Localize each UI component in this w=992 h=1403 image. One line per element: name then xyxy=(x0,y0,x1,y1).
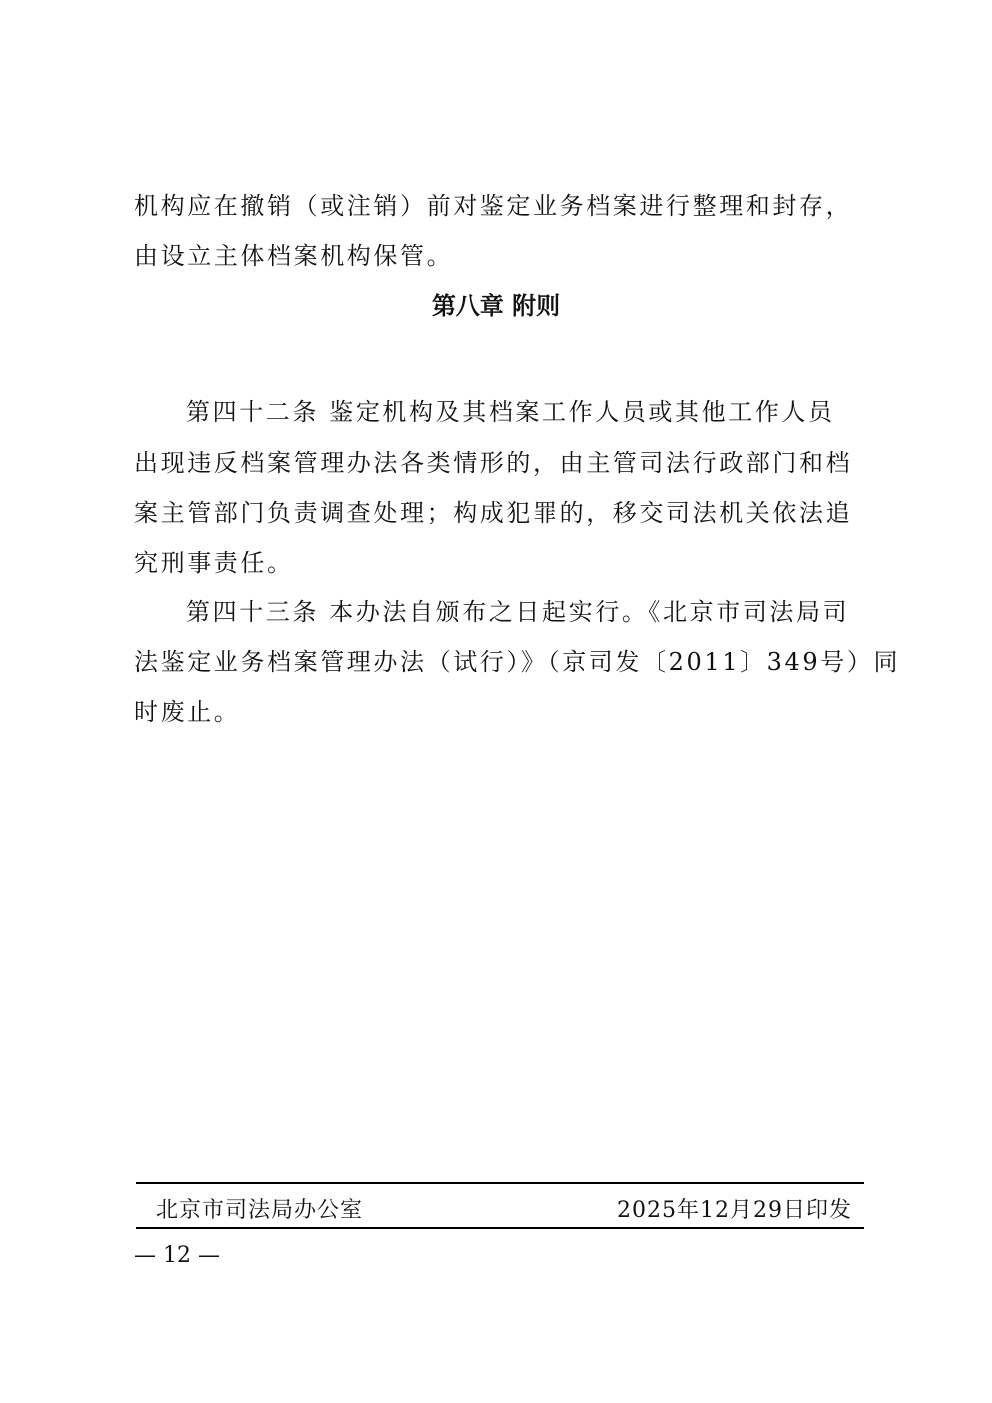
article-42-line: 出现违反档案管理办法各类情形的，由主管司法行政部门和档 xyxy=(134,447,864,479)
footer-bottom-rule xyxy=(136,1227,864,1229)
footer-issue-date: 2025年12月29日印发 xyxy=(617,1196,852,1226)
page-number: — 12 — xyxy=(134,1241,220,1271)
body-text-line: 机构应在撤销（或注销）前对鉴定业务档案进行整理和封存， xyxy=(134,190,864,222)
body-text-line: 由设立主体档案机构保管。 xyxy=(134,240,864,272)
chapter-heading: 第八章 附则 xyxy=(0,290,992,322)
article-42-line: 第四十二条 鉴定机构及其档案工作人员或其他工作人员 xyxy=(186,396,864,428)
article-43-line: 第四十三条 本办法自颁布之日起实行。《北京市司法局司 xyxy=(186,596,864,628)
article-42-line: 案主管部门负责调查处理；构成犯罪的，移交司法机关依法追 xyxy=(134,497,864,529)
article-43-line: 时废止。 xyxy=(134,696,864,728)
article-42-line: 究刑事责任。 xyxy=(134,547,864,579)
footer-top-rule xyxy=(136,1182,864,1184)
footer-issuer: 北京市司法局办公室 xyxy=(156,1196,363,1226)
article-43-line: 法鉴定业务档案管理办法（试行）》（京司发〔2011〕349号）同 xyxy=(134,646,864,678)
